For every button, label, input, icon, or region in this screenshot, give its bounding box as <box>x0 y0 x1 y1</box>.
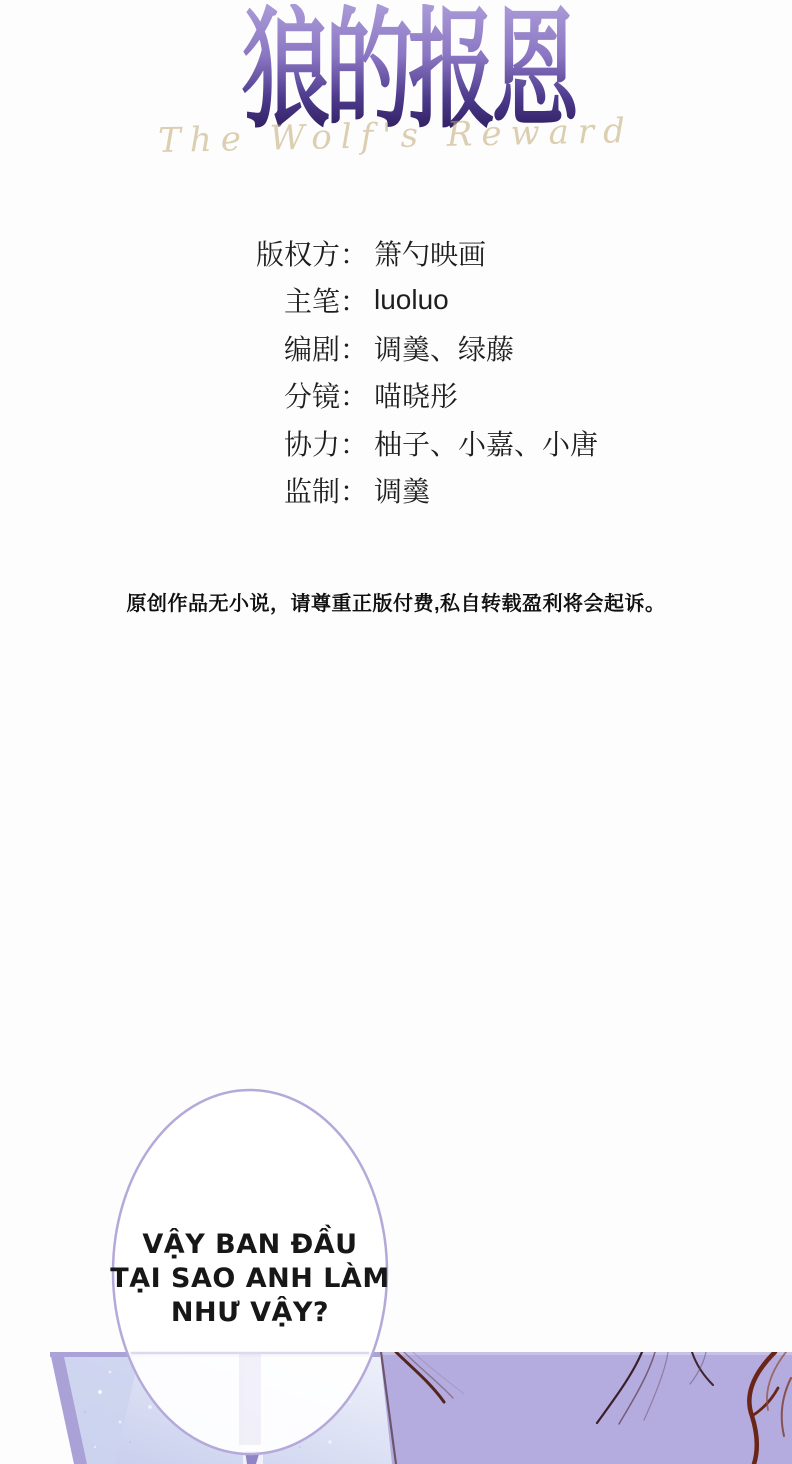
credit-value: luoluo <box>374 284 449 316</box>
credit-value: 调羹 <box>374 470 430 510</box>
bubble-line: VẬY BAN ĐẦU <box>110 1228 390 1262</box>
credit-label: 监制： <box>230 470 368 510</box>
panel-background <box>380 1352 792 1464</box>
speech-bubble-text: VẬY BAN ĐẦU TẠI SAO ANH LÀM NHƯ VẬY? <box>110 1228 390 1330</box>
copyright-notice: 原创作品无小说，请尊重正版付费,私自转载盈利将会起诉。 <box>0 587 792 616</box>
credit-label: 主笔： <box>230 280 368 320</box>
credit-row-screenwriter: 编剧： 调羹、绿藤 <box>230 324 598 372</box>
credit-row-supervisor: 监制： 调羹 <box>230 467 598 515</box>
credit-value: 柚子、小嘉、小唐 <box>374 423 598 463</box>
credit-label: 分镜： <box>230 375 368 415</box>
panel-top-edge <box>380 1352 792 1355</box>
credit-value: 喵晓彤 <box>374 375 458 415</box>
bubble-line: NHƯ VẬY? <box>110 1296 390 1330</box>
credit-row-storyboard: 分镜： 喵晓彤 <box>230 372 598 420</box>
bubble-line: TẠI SAO ANH LÀM <box>110 1262 390 1296</box>
credit-value: 调羹、绿藤 <box>374 328 514 368</box>
credit-value: 箫勺映画 <box>374 233 486 273</box>
credit-label: 版权方： <box>230 233 368 273</box>
credits-section: 版权方： 箫勺映画 主笔： luoluo 编剧： 调羹、绿藤 分镜： 喵晓彤 协… <box>230 229 598 514</box>
credit-label: 编剧： <box>230 328 368 368</box>
credit-row-lead-artist: 主笔： luoluo <box>230 277 598 325</box>
credit-label: 协力： <box>230 423 368 463</box>
mullion-through-bubble <box>239 1354 261 1445</box>
credit-row-copyright: 版权方： 箫勺映画 <box>230 229 598 277</box>
credit-row-assistance: 协力： 柚子、小嘉、小唐 <box>230 419 598 467</box>
comic-page: 狼的报恩 The Wolf's Reward 版权方： 箫勺映画 主笔： luo… <box>0 0 792 1464</box>
